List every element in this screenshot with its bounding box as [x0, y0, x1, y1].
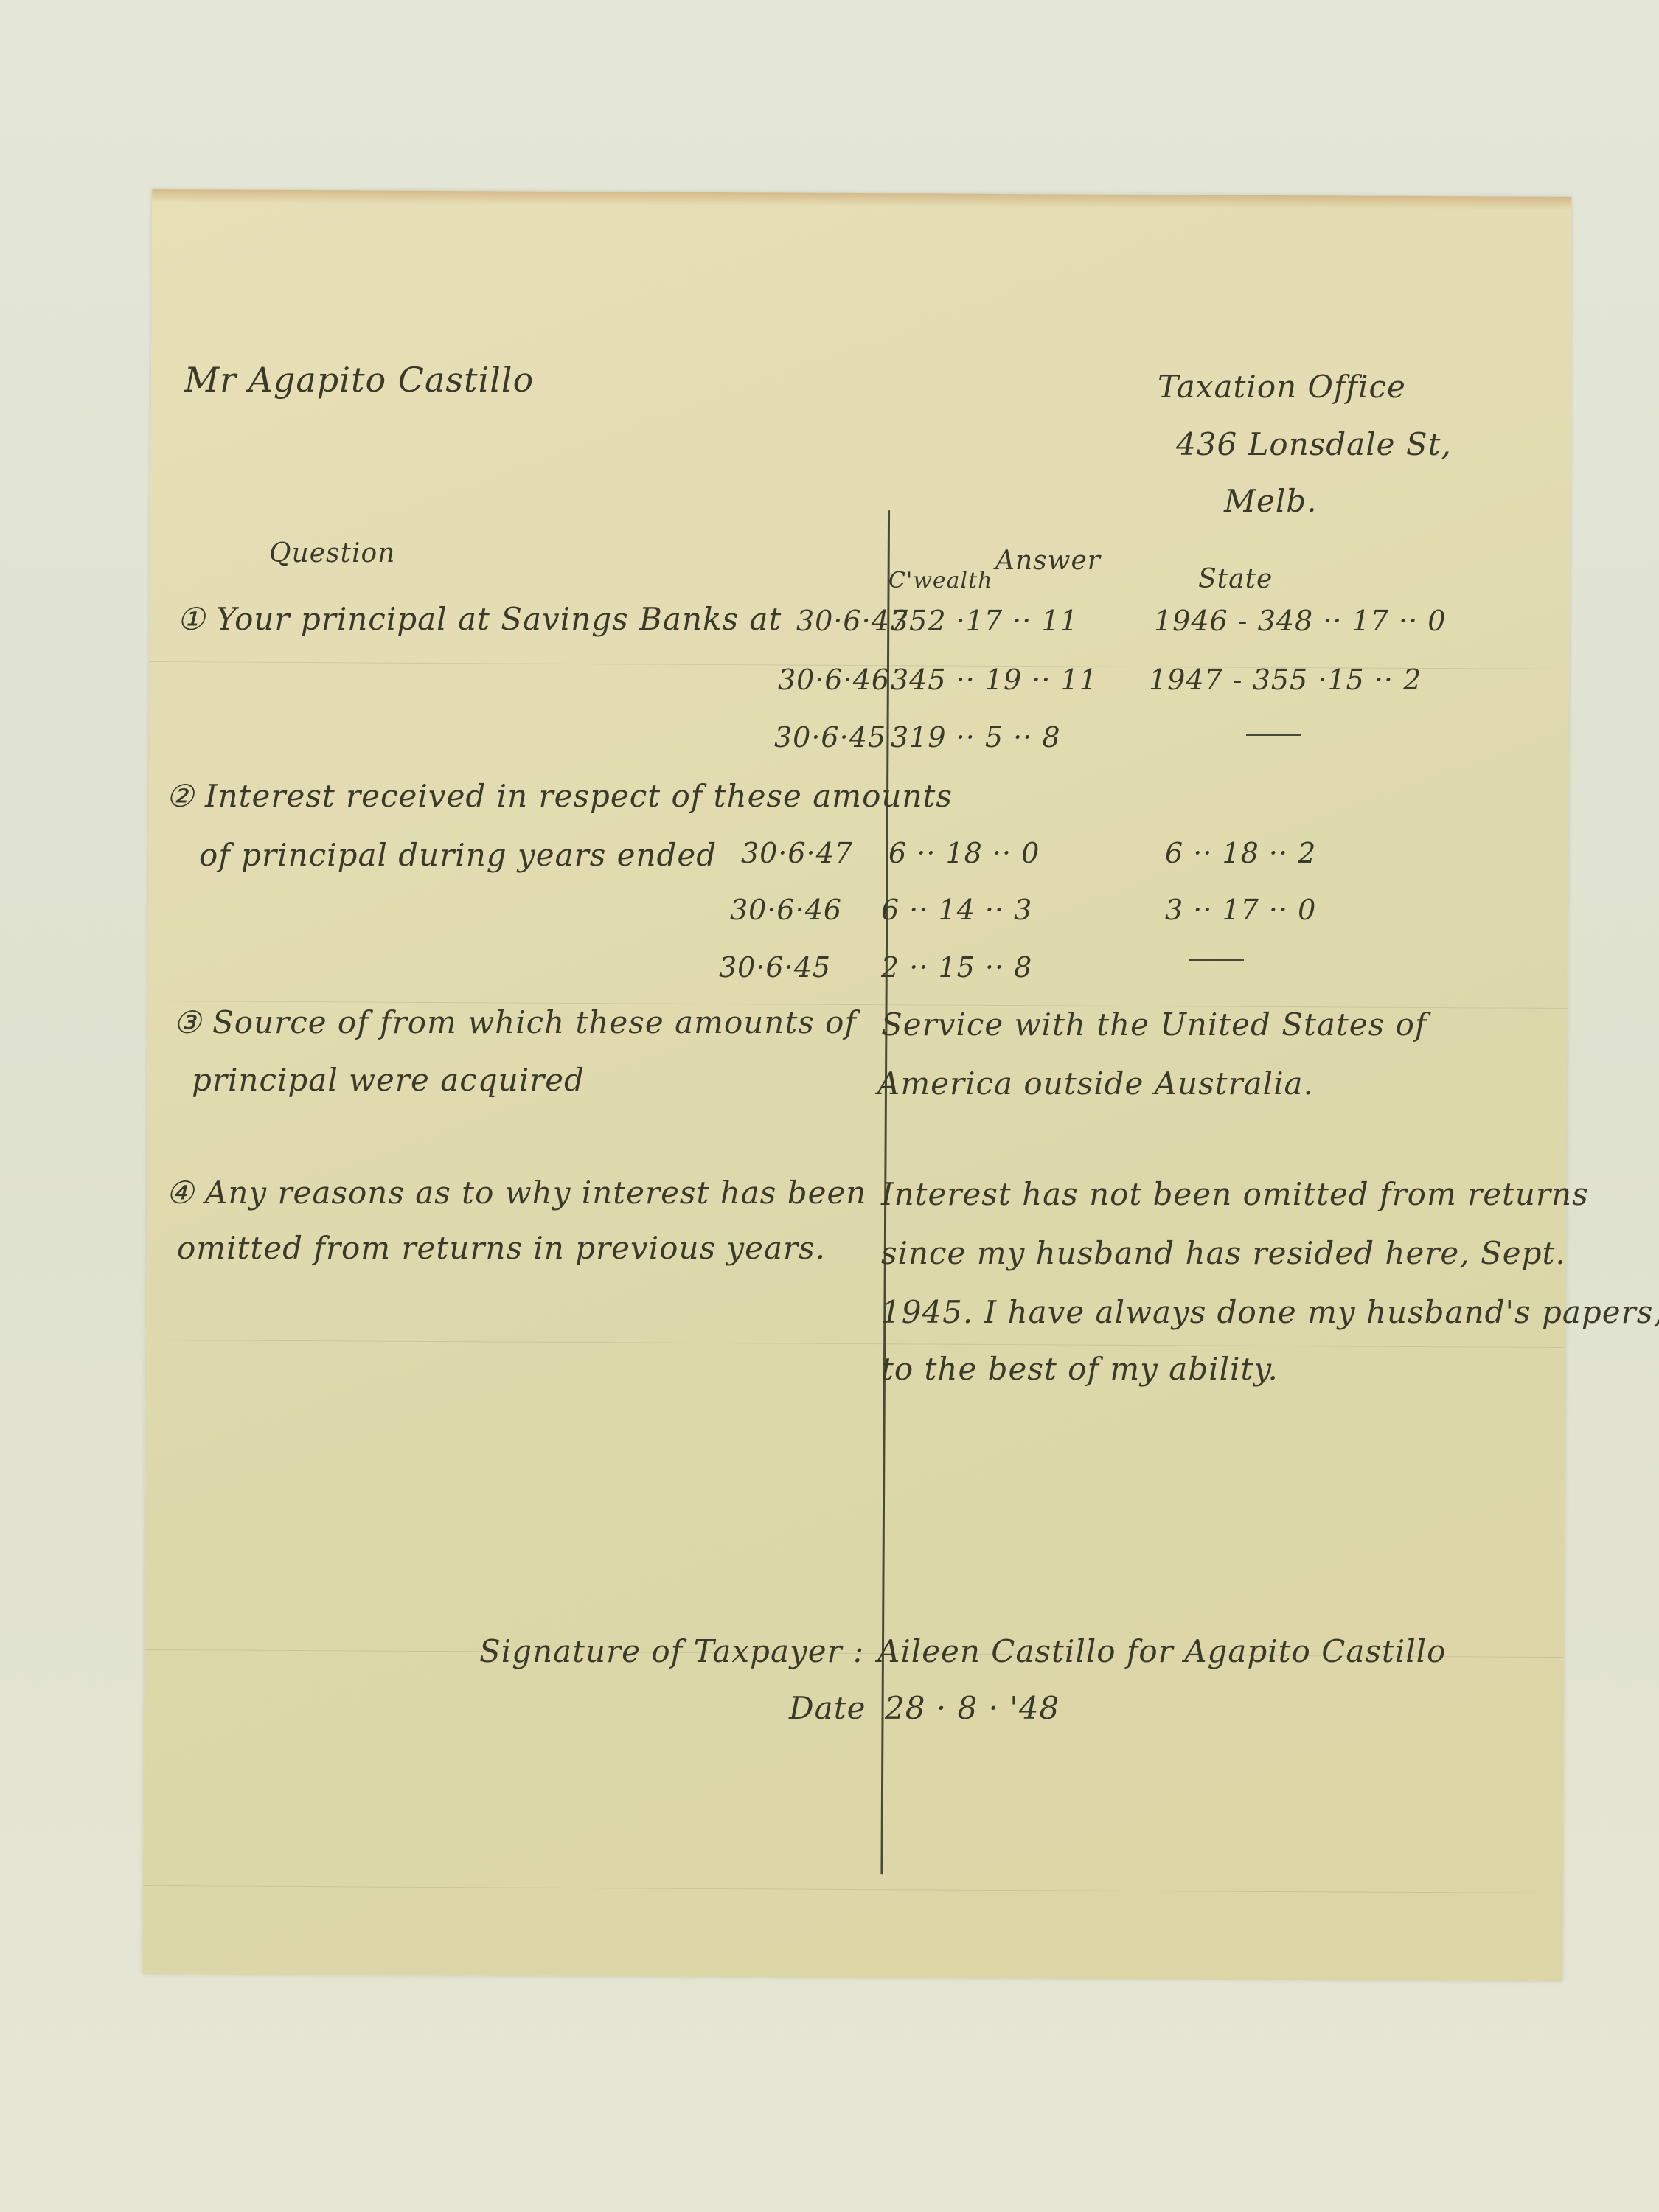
office-line-2: 436 Lonsdale St,	[1176, 426, 1452, 462]
q1-date-2: 30·6·46	[778, 664, 890, 696]
question-2-line-2: of principal during years ended	[199, 837, 717, 873]
q2-state-1: 6 ·· 18 ·· 2	[1165, 837, 1316, 869]
question-2-line-1: ② Interest received in respect of these …	[166, 778, 953, 814]
q2-date-2: 30·6·46	[730, 894, 842, 926]
q2-date-3: 30·6·45	[719, 951, 831, 984]
question-4-number: ④	[166, 1175, 195, 1211]
date-value: 28 · 8 · '48	[885, 1690, 1060, 1726]
answer-4-line-3: 1945. I have always done my husband's pa…	[881, 1294, 1659, 1330]
office-line-1: Taxation Office	[1158, 369, 1406, 405]
addressee: Mr Agapito Castillo	[184, 360, 534, 400]
ruled-line	[143, 1885, 1562, 1893]
question-3-text: Source of from which these amounts of	[212, 1004, 857, 1040]
question-4-line-1: ④ Any reasons as to why interest has bee…	[166, 1175, 866, 1211]
question-header: Question	[269, 538, 395, 568]
answer-4-line-2: since my husband has resided here, Sept.	[881, 1235, 1566, 1271]
q2-cwealth-1: 6 ·· 18 ·· 0	[888, 837, 1040, 869]
q2-cwealth-3: 2 ·· 15 ·· 8	[881, 951, 1032, 984]
signature-label: Signature of Taxpayer :	[479, 1633, 864, 1669]
question-3-line-2: principal were acquired	[192, 1062, 585, 1098]
q1-state-3-dash	[1246, 734, 1301, 736]
cwealth-header: C'wealth	[888, 568, 993, 594]
ruled-line	[146, 1340, 1565, 1348]
question-1-number: ①	[177, 601, 206, 637]
q1-date-3: 30·6·45	[774, 721, 886, 754]
q1-state-2: 1947 - 355 ·15 ·· 2	[1149, 664, 1422, 696]
question-2-number: ②	[166, 778, 195, 814]
q1-cwealth-2: 345 ·· 19 ·· 11	[891, 664, 1098, 696]
date-label: Date	[789, 1690, 866, 1726]
question-3-number: ③	[173, 1004, 202, 1040]
q2-state-3-dash	[1189, 959, 1244, 961]
signature-value: Aileen Castillo for Agapito Castillo	[877, 1633, 1446, 1669]
answer-3-line-2: America outside Australia.	[877, 1065, 1314, 1102]
question-2-text: Interest received in respect of these am…	[205, 778, 953, 814]
q1-state-1: 1946 - 348 ·· 17 ·· 0	[1154, 605, 1446, 637]
q2-state-2: 3 ·· 17 ·· 0	[1165, 894, 1316, 926]
q2-cwealth-2: 6 ·· 14 ·· 3	[881, 894, 1032, 926]
question-1-text: Your principal at Savings Banks at	[216, 601, 782, 637]
question-3-line-1: ③ Source of from which these amounts of	[173, 1004, 857, 1040]
question-4-text: Any reasons as to why interest has been	[205, 1175, 866, 1211]
question-1: ① Your principal at Savings Banks at	[177, 601, 782, 637]
q1-cwealth-3: 319 ·· 5 ·· 8	[891, 721, 1061, 754]
answer-3-line-1: Service with the United States of	[881, 1006, 1427, 1043]
q2-date-1: 30·6·47	[741, 837, 853, 869]
answer-4-line-1: Interest has not been omitted from retur…	[881, 1176, 1589, 1212]
q1-cwealth-1: 352 ·17 ·· 11	[891, 605, 1079, 637]
answer-header: Answer	[995, 546, 1101, 576]
office-line-3: Melb.	[1224, 483, 1318, 519]
answer-4-line-4: to the best of my ability.	[881, 1351, 1279, 1387]
question-4-line-2: omitted from returns in previous years.	[177, 1230, 826, 1266]
state-header: State	[1198, 564, 1273, 594]
